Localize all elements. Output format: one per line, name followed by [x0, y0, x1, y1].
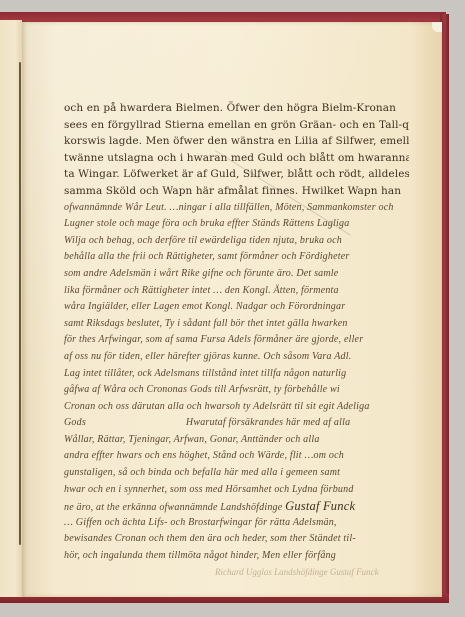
text-line: Lugner stole och mage föra och bruka eff… [64, 216, 409, 233]
text-line: ta Wingar. Löfwerket är af Guld, Silfwer… [64, 166, 409, 183]
binding-thread [19, 62, 21, 545]
text-fragment: Gods [64, 417, 86, 428]
text-line: … Giffen och ächta Lifs- och Brostarfwin… [64, 515, 409, 532]
text-line-with-name: ne äro, at the erkänna ofwannämnde Lands… [64, 498, 409, 515]
faint-show-through-note: Richard Ugglas Landshöfdinge Gustaf Func… [215, 567, 379, 577]
text-line: ofwannämnde Wår Leut. …ningar i alla til… [64, 200, 409, 217]
text-line: för thes Arfwingar, som af sama Fursa Ad… [64, 332, 409, 349]
text-line: samma Sköld och Wapn här afmålat finnes.… [64, 183, 409, 200]
text-line: Wilja och behag, och derföre til ewärdel… [64, 233, 409, 250]
text-line: Wållar, Rättar, Tjeningar, Arfwan, Gonar… [64, 432, 409, 449]
highlighted-name: Gustaf Funck [285, 499, 355, 513]
text-line: Cronan och oss därutan alla och hwarsoh … [64, 399, 409, 416]
page-corner [432, 22, 442, 32]
text-line: och en på hwardera Bielmen. Öfwer den hö… [64, 100, 409, 117]
text-line: af oss nu för tiden, eller härefter gjör… [64, 349, 409, 366]
text-fragment: ne äro, at the erkänna ofwannämnde Lands… [64, 502, 282, 513]
text-line: samt Riksdags beslutet, Ty i sådant fall… [64, 316, 409, 333]
text-line: hwar och en i synnerhet, som oss med Hör… [64, 482, 409, 499]
text-line: gåfwa af Wåra och Crononas Gods till Arf… [64, 382, 409, 399]
text-line: sees en förgyllrad Stierna emellan en gr… [64, 117, 409, 134]
text-line: andra effter hwars och ens höghet, Stånd… [64, 448, 409, 465]
text-line: wåra Ingiälder, eller Lagen emot Kongl. … [64, 299, 409, 316]
text-line: hör, och ingalunda them tillmöta något h… [64, 548, 409, 565]
text-line: lika förmåner och Rättigheter intet … de… [64, 283, 409, 300]
text-line: Lag intet tillåter, ock Adelsmans tillst… [64, 366, 409, 383]
text-line-with-continuation: GodsHwarutaf försäkrandes här med af all… [64, 415, 409, 432]
text-line: gunstaligen, så och binda och befalla hä… [64, 465, 409, 482]
manuscript-text: och en på hwardera Bielmen. Öfwer den hö… [64, 100, 409, 565]
text-line: som andre Adelsmän i wårt Rike gifne och… [64, 266, 409, 283]
text-line: behålla alla the frii och Rättigheter, s… [64, 249, 409, 266]
text-line: korswis lagde. Men öfwer den wänstra en … [64, 133, 409, 150]
text-line: bewisandes Cronan och them den ära och h… [64, 531, 409, 548]
text-line: twänne utslagna och i hwaran med Guld oc… [64, 150, 409, 167]
text-fragment: Hwarutaf försäkrandes här med af alla [186, 417, 350, 428]
